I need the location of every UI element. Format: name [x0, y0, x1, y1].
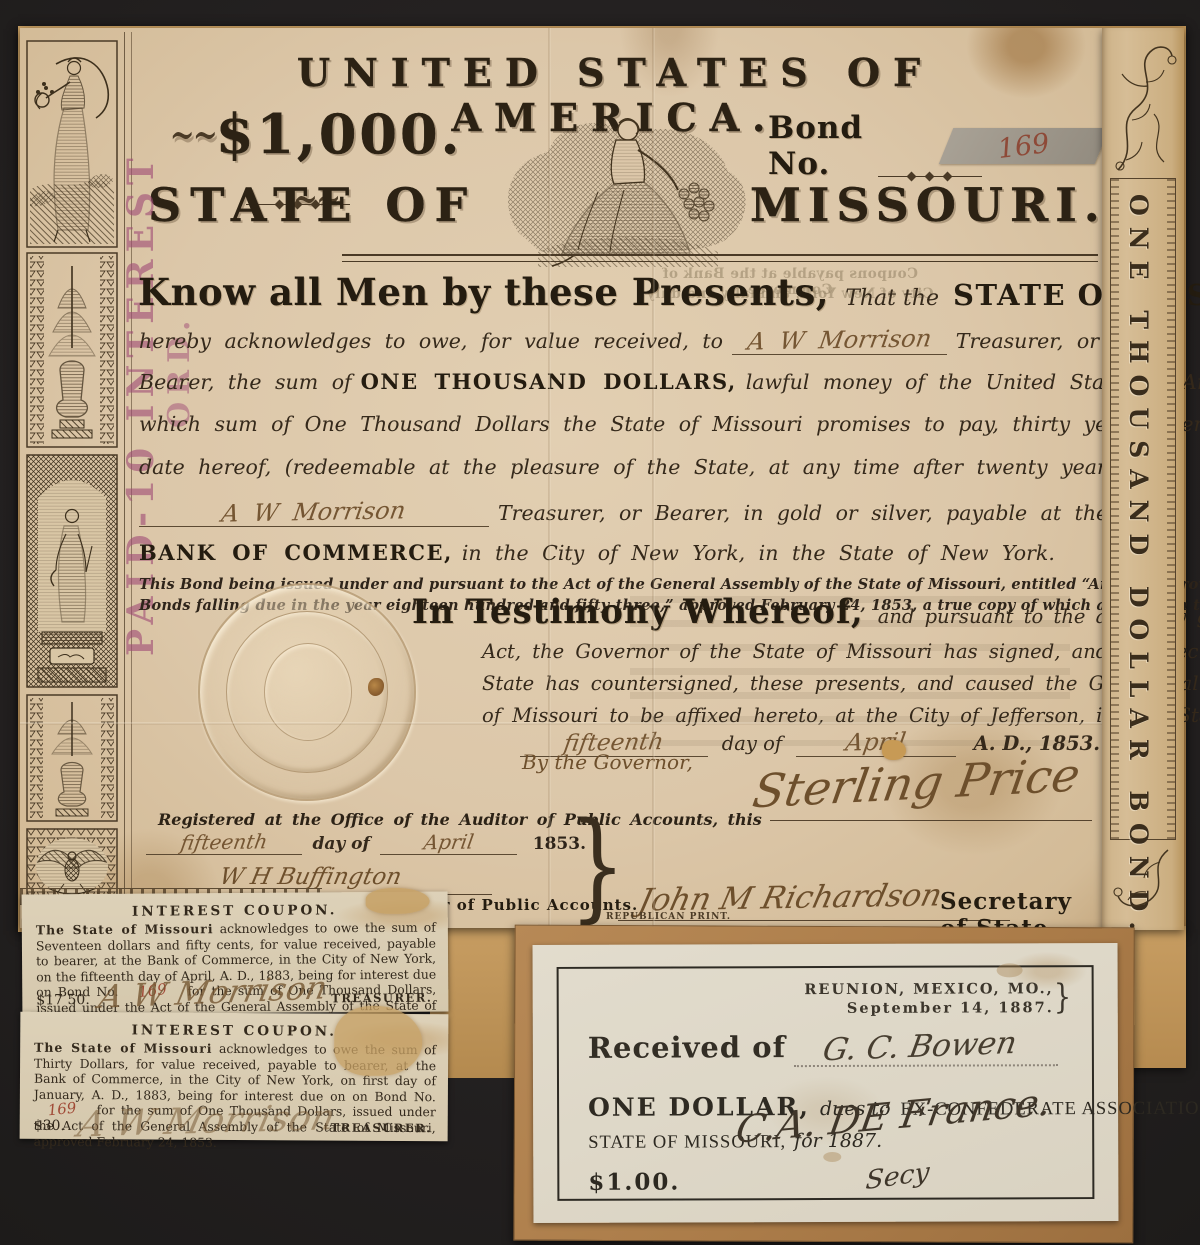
that-the: That the: [845, 286, 939, 311]
bond-no-label: Bond No.: [768, 110, 932, 182]
body-line-2: Bearer, the sum of ONE THOUSAND DOLLARS,…: [139, 369, 1200, 394]
auditor-signature: W H Buffington: [217, 864, 404, 890]
payee-fill: A W Morrison: [732, 326, 947, 355]
testimony-line-3: State has countersigned, these presents,…: [482, 672, 1200, 695]
receipt-brace: }: [1054, 977, 1071, 1017]
bond-no-value: 169: [997, 127, 1052, 164]
bond-title-state-of: STATE OF: [148, 178, 476, 232]
paper-stain: [997, 963, 1023, 977]
seated-woman-vignette: [478, 82, 770, 274]
opening-blackletter: Know all Men by these Presents,: [138, 270, 829, 314]
fountain-urn-ornament-2: [26, 694, 118, 822]
signature-rule: [770, 820, 1092, 821]
header-rule: [342, 254, 1098, 262]
opening-line: Know all Men by these Presents, That the…: [138, 270, 1098, 314]
interest-coupon-1: INTEREST COUPON. The State of Missouri a…: [22, 892, 449, 1015]
payer-fill-line: G. C. Bowen: [794, 1042, 1058, 1067]
testimony-opening: In Testimony Whereof, and pursuant to th…: [412, 592, 1200, 632]
receipt-place-date: REUNION, MEXICO, MO., September 14, 1887…: [804, 979, 1053, 1018]
body-line-3: which sum of One Thousand Dollars the St…: [139, 412, 1200, 436]
coupon-amount: $30.: [34, 1118, 65, 1134]
received-of-label: Received of: [588, 1030, 786, 1065]
governor-signature: Sterling Price: [749, 748, 1084, 819]
bond-title-missouri: MISSOURI.: [750, 178, 1107, 232]
day-fill: fifteenth: [146, 830, 302, 855]
scroll-flourish-icon: [1106, 34, 1180, 176]
body-line-6: BANK OF COMMERCE, in the City of New Yor…: [139, 540, 1055, 565]
bond-no-patch: 169: [939, 128, 1109, 164]
flourish-icon: ~~: [170, 108, 216, 164]
fold-crease: [548, 28, 551, 928]
scroll-flourish-icon: [1106, 846, 1180, 926]
payee-handwriting: A W Morrison: [745, 324, 933, 355]
embossed-state-seal: [198, 583, 416, 801]
treasurer-signature: A W Morrison: [74, 1097, 339, 1145]
receipt-date: September 14, 1887.: [804, 998, 1053, 1018]
dues-receipt: REUNION, MEXICO, MO., September 14, 1887…: [533, 943, 1119, 1223]
paper-stain: [823, 1152, 841, 1162]
tape-stain: [366, 888, 430, 914]
body-line-5: A W Morrison Treasurer, or Bearer, in go…: [139, 498, 1108, 527]
testimony-line-2: Act, the Governor of the State of Missou…: [482, 640, 1200, 663]
coupon-signer-title: Treasurer.: [331, 991, 432, 1006]
bond-certificate: UNITED STATES OF AMERICA. ~~$1,000.~~ Bo…: [20, 28, 1102, 928]
payee-handwriting: A W Morrison: [220, 496, 408, 527]
amount-numeric: $1.00.: [588, 1169, 680, 1196]
cornucopia-woman-vignette: [26, 40, 118, 248]
statue-woman-vignette: [26, 454, 118, 688]
month-fill: April: [380, 830, 517, 855]
body-line-1: hereby acknowledges to owe, for value re…: [139, 326, 1099, 355]
ornament-divider: [878, 176, 982, 177]
bond-number-row: Bond No. 169: [768, 110, 1102, 182]
received-of-row: Received of G. C. Bowen: [588, 1029, 1058, 1068]
left-border-column: [24, 38, 120, 918]
registration-line-1: Registered at the Office of the Auditor …: [158, 810, 762, 829]
photo-background: UNITED STATES OF AMERICA. ~~$1,000.~~ Bo…: [0, 0, 1200, 1245]
coupon-signer-title: Treasurer.: [331, 1121, 432, 1136]
bond-right-border: ONE THOUSAND DOLLAR BOND.: [1102, 28, 1184, 930]
interest-coupon-2: INTEREST COUPON. The State of Missouri a…: [20, 1012, 449, 1142]
tape-stain: [334, 1006, 422, 1077]
vertical-bond-text: ONE THOUSAND DOLLAR BOND.: [1124, 194, 1153, 824]
registration-date-line: fifteenth day of April 1853.: [146, 830, 586, 855]
printer-imprint: REPUBLICAN PRINT.: [606, 912, 731, 922]
fold-crease: [652, 28, 655, 928]
coupon-amount: $17 50.: [36, 992, 90, 1008]
registration-brace: }: [569, 806, 625, 924]
fountain-urn-ornament: [26, 252, 118, 448]
receipt-place: REUNION, MEXICO, MO.,: [804, 979, 1053, 999]
payer-handwriting: G. C. Bowen: [820, 1025, 1020, 1068]
payee-fill: A W Morrison: [139, 498, 489, 527]
fold-crease: [20, 722, 1102, 725]
month-fill: April: [796, 728, 956, 757]
